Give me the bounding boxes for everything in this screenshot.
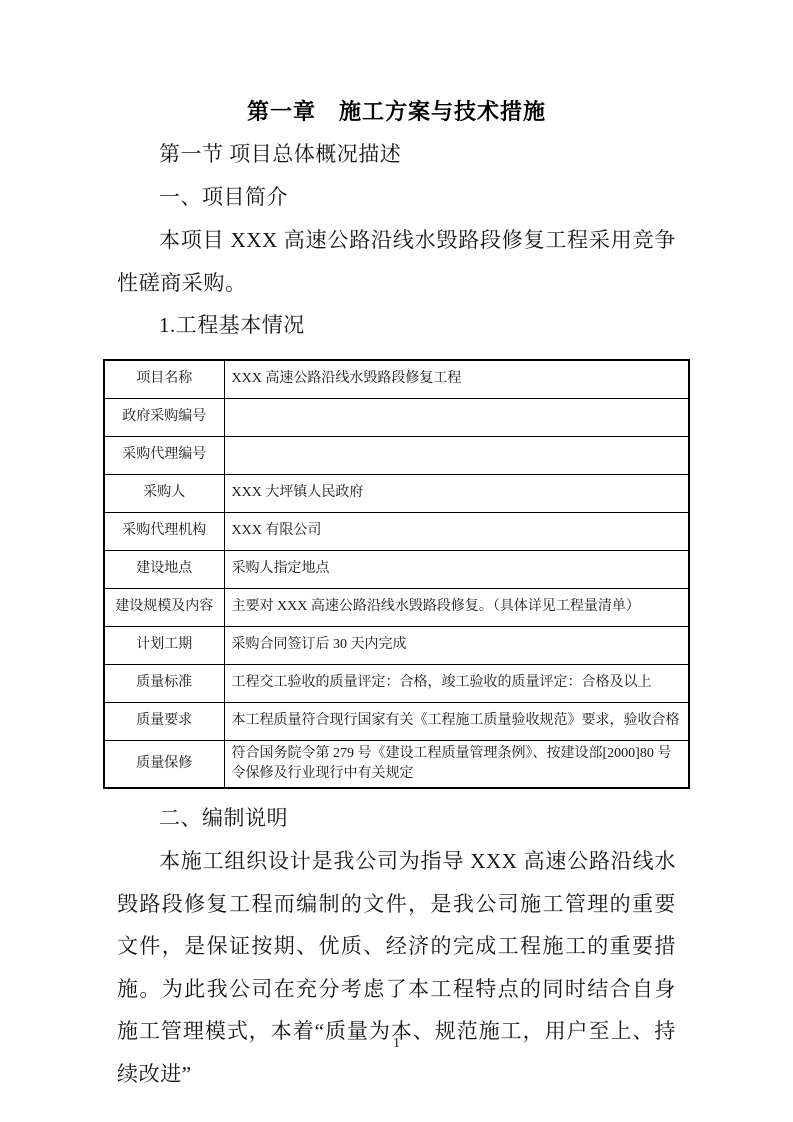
table-row: 采购代理机构 XXX 有限公司 [104,512,689,550]
project-info-table: 项目名称 XXX 高速公路沿线水毁路段修复工程 政府采购编号 采购代理编号 采购… [103,359,690,789]
row-label: 采购代理机构 [104,512,224,550]
row-value: XXX 高速公路沿线水毁路段修复工程 [224,360,689,398]
subheading-compilation-notes: 二、编制说明 [117,797,676,840]
table-row: 项目名称 XXX 高速公路沿线水毁路段修复工程 [104,360,689,398]
row-label: 项目名称 [104,360,224,398]
row-label: 质量标准 [104,664,224,702]
section-heading: 第一节 项目总体概况描述 [117,133,676,176]
subheading-project-intro: 一、项目简介 [117,176,676,219]
row-value: 工程交工验收的质量评定：合格，竣工验收的质量评定：合格及以上 [224,664,689,702]
row-value: 采购人指定地点 [224,550,689,588]
row-label: 政府采购编号 [104,398,224,436]
chapter-title: 第一章 施工方案与技术措施 [117,90,676,133]
document-page: 第一章 施工方案与技术措施 第一节 项目总体概况描述 一、项目简介 本项目 XX… [0,0,793,1122]
table-row: 质量要求 本工程质量符合现行国家有关《工程施工质量验收规范》要求，验收合格 [104,702,689,740]
row-value: 主要对 XXX 高速公路沿线水毁路段修复。（具体详见工程量清单） [224,588,689,626]
table-row: 建设规模及内容 主要对 XXX 高速公路沿线水毁路段修复。（具体详见工程量清单） [104,588,689,626]
table-row: 质量标准 工程交工验收的质量评定：合格，竣工验收的质量评定：合格及以上 [104,664,689,702]
row-label: 计划工期 [104,626,224,664]
row-value: 采购合同签订后 30 天内完成 [224,626,689,664]
row-value: XXX 有限公司 [224,512,689,550]
row-value [224,398,689,436]
table-row: 采购代理编号 [104,436,689,474]
paragraph-project-intro: 本项目 XXX 高速公路沿线水毁路段修复工程采用竞争性磋商采购。 [117,219,676,304]
row-value: 符合国务院令第 279 号《建设工程质量管理条例》、按建设部[2000]80 号… [224,740,689,788]
row-value: XXX 大坪镇人民政府 [224,474,689,512]
row-label: 采购代理编号 [104,436,224,474]
table-row: 采购人 XXX 大坪镇人民政府 [104,474,689,512]
page-number: 1 [0,1036,793,1052]
heading-basic-info: 1.工程基本情况 [117,304,676,347]
row-label: 质量保修 [104,740,224,788]
row-label: 采购人 [104,474,224,512]
row-label: 建设地点 [104,550,224,588]
row-value [224,436,689,474]
table-row: 政府采购编号 [104,398,689,436]
paragraph-compilation-notes: 本施工组织设计是我公司为指导 XXX 高速公路沿线水毁路段修复工程而编制的文件，… [117,840,676,1095]
table-row: 计划工期 采购合同签订后 30 天内完成 [104,626,689,664]
row-value: 本工程质量符合现行国家有关《工程施工质量验收规范》要求，验收合格 [224,702,689,740]
row-label: 质量要求 [104,702,224,740]
table-row: 质量保修 符合国务院令第 279 号《建设工程质量管理条例》、按建设部[2000… [104,740,689,788]
table-row: 建设地点 采购人指定地点 [104,550,689,588]
row-label: 建设规模及内容 [104,588,224,626]
